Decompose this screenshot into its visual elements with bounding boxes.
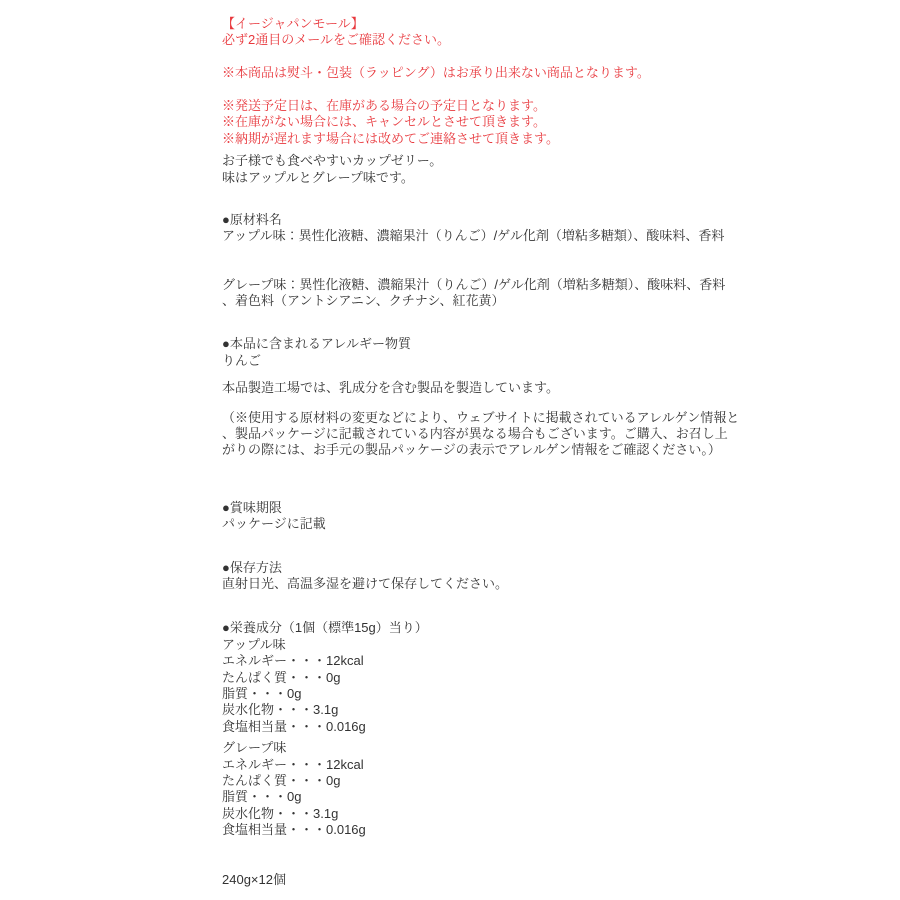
text-line: グレープ味：異性化液糖、濃縮果汁（りんご）/ゲル化剤（増粘多糖類）、酸味料、香料 — [222, 277, 900, 293]
text-line: ●栄養成分（1個（標準15g）当り） — [222, 620, 900, 636]
text-line: 味はアップルとグレープ味です。 — [222, 170, 900, 186]
section-mall-notice: 【イージャパンモール】必ず2通目のメールをご確認ください。※本商品は熨斗・包装（… — [222, 16, 900, 147]
text-line: （※使用する原材料の変更などにより、ウェブサイトに掲載されているアレルゲン情報と — [222, 410, 900, 426]
text-line: ●賞味期限 — [222, 500, 900, 516]
text-line: たんぱく質・・・0g — [222, 670, 900, 686]
text-line: アップル味 — [222, 637, 900, 653]
section-allergen-disclaimer: （※使用する原材料の変更などにより、ウェブサイトに掲載されているアレルゲン情報と… — [222, 410, 900, 459]
section-factory-note: 本品製造工場では、乳成分を含む製品を製造しています。 — [222, 380, 900, 396]
text-line: 脂質・・・0g — [222, 789, 900, 805]
section-intro: お子様でも食べやすいカップゼリー。味はアップルとグレープ味です。 — [222, 153, 900, 186]
text-line: 、着色料（アントシアニン、クチナシ、紅花黄） — [222, 293, 900, 309]
text-line: ●保存方法 — [222, 560, 900, 576]
text-line: ※在庫がない場合には、キャンセルとさせて頂きます。 — [222, 114, 900, 130]
text-line: エネルギー・・・12kcal — [222, 653, 900, 669]
text-line: エネルギー・・・12kcal — [222, 757, 900, 773]
section-nutrition-grape: グレープ味エネルギー・・・12kcalたんぱく質・・・0g脂質・・・0g炭水化物… — [222, 740, 900, 838]
section-allergy: ●本品に含まれるアレルギー物質りんご — [222, 336, 900, 369]
text-line: 本品製造工場では、乳成分を含む製品を製造しています。 — [222, 380, 900, 396]
text-line: 食塩相当量・・・0.016g — [222, 822, 900, 838]
section-ingredients-apple: ●原材料名アップル味：異性化液糖、濃縮果汁（りんご）/ゲル化剤（増粘多糖類）、酸… — [222, 212, 900, 245]
text-line: アップル味：異性化液糖、濃縮果汁（りんご）/ゲル化剤（増粘多糖類）、酸味料、香料 — [222, 228, 900, 244]
blank-line — [222, 49, 900, 65]
text-line: ※発送予定日は、在庫がある場合の予定日となります。 — [222, 98, 900, 114]
text-line: お子様でも食べやすいカップゼリー。 — [222, 153, 900, 169]
text-line: 240g×12個 — [222, 872, 900, 888]
section-ingredients-grape: グレープ味：異性化液糖、濃縮果汁（りんご）/ゲル化剤（増粘多糖類）、酸味料、香料… — [222, 277, 900, 310]
description-content: 【イージャパンモール】必ず2通目のメールをご確認ください。※本商品は熨斗・包装（… — [0, 0, 900, 889]
product-description-page: 【イージャパンモール】必ず2通目のメールをご確認ください。※本商品は熨斗・包装（… — [0, 0, 900, 900]
text-line: たんぱく質・・・0g — [222, 773, 900, 789]
text-line: 【イージャパンモール】 — [222, 16, 900, 32]
blank-line — [222, 82, 900, 98]
text-line: 炭水化物・・・3.1g — [222, 806, 900, 822]
text-line: 炭水化物・・・3.1g — [222, 702, 900, 718]
text-line: りんご — [222, 353, 900, 369]
text-line: ※納期が遅れます場合には改めてご連絡させて頂きます。 — [222, 131, 900, 147]
text-line: 必ず2通目のメールをご確認ください。 — [222, 32, 900, 48]
text-line: 直射日光、高温多湿を避けて保存してください。 — [222, 576, 900, 592]
section-package-size: 240g×12個 — [222, 872, 900, 888]
text-line: 、製品パッケージに記載されている内容が異なる場合もございます。ご購入、お召し上 — [222, 426, 900, 442]
text-line: パッケージに記載 — [222, 516, 900, 532]
text-line: 食塩相当量・・・0.016g — [222, 719, 900, 735]
text-line: ●本品に含まれるアレルギー物質 — [222, 336, 900, 352]
text-line: グレープ味 — [222, 740, 900, 756]
text-line: ●原材料名 — [222, 212, 900, 228]
text-line: ※本商品は熨斗・包装（ラッピング）はお承り出来ない商品となります。 — [222, 65, 900, 81]
section-storage: ●保存方法直射日光、高温多湿を避けて保存してください。 — [222, 560, 900, 593]
section-expiry: ●賞味期限パッケージに記載 — [222, 500, 900, 533]
text-line: がりの際には、お手元の製品パッケージの表示でアレルゲン情報をご確認ください。） — [222, 442, 900, 458]
text-line: 脂質・・・0g — [222, 686, 900, 702]
section-nutrition-apple: ●栄養成分（1個（標準15g）当り）アップル味エネルギー・・・12kcalたんぱ… — [222, 620, 900, 735]
